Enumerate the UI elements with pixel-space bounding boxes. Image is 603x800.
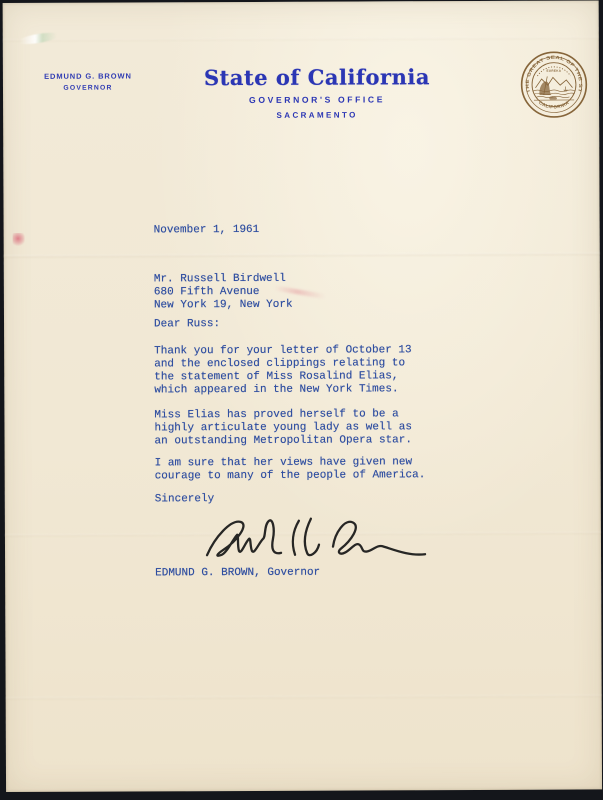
recipient-line-1: Mr. Russell Birdwell: [154, 273, 293, 287]
letter-paper: EDMUND G. BROWN GOVERNOR State of Califo…: [3, 0, 602, 792]
recipient-line-2: 680 Fifth Avenue: [154, 286, 293, 300]
letterhead-center-block: State of California GOVERNOR'S OFFICE SA…: [167, 65, 467, 120]
paper-crease: [3, 36, 599, 42]
office-line: GOVERNOR'S OFFICE: [167, 94, 467, 105]
california-great-seal-icon: THE GREAT SEAL OF THE STATE OF CALIFORNI…: [519, 49, 589, 119]
seal-motto: EUREKA: [546, 69, 561, 73]
seal-ring-text-bottom: CALIFORNIA: [538, 100, 570, 110]
pink-ink-mark: [13, 233, 25, 247]
body-paragraph-2: Miss Elias has proved herself to be a hi…: [154, 408, 412, 448]
salutation: Dear Russ:: [154, 318, 220, 331]
svg-text:CALIFORNIA: CALIFORNIA: [538, 100, 570, 110]
official-title: GOVERNOR: [33, 84, 143, 91]
recipient-line-3: New York 19, New York: [154, 299, 293, 313]
recipient-address-block: Mr. Russell Birdwell680 Fifth AvenueNew …: [154, 273, 293, 313]
official-name: EDMUND G. BROWN: [33, 71, 143, 80]
body-paragraph-1: Thank you for your letter of October 13 …: [154, 344, 412, 397]
seal-scene: [533, 76, 574, 100]
paper-crease: [6, 694, 602, 700]
closing-word: Sincerely: [155, 493, 214, 506]
body-paragraph-3: I am sure that her views have given new …: [155, 456, 426, 483]
handwritten-signature: [193, 508, 433, 569]
photo-background: EDMUND G. BROWN GOVERNOR State of Califo…: [0, 0, 603, 800]
signature-typed-name: EDMUND G. BROWN, Governor: [155, 567, 320, 581]
letter-date: November 1, 1961: [154, 224, 260, 237]
city-line: SACRAMENTO: [167, 110, 467, 120]
letterhead-official-block: EDMUND G. BROWN GOVERNOR: [33, 71, 143, 91]
paper-scratch-mark: [16, 30, 61, 46]
state-name: State of California: [167, 65, 467, 89]
paper-crease: [4, 252, 600, 258]
